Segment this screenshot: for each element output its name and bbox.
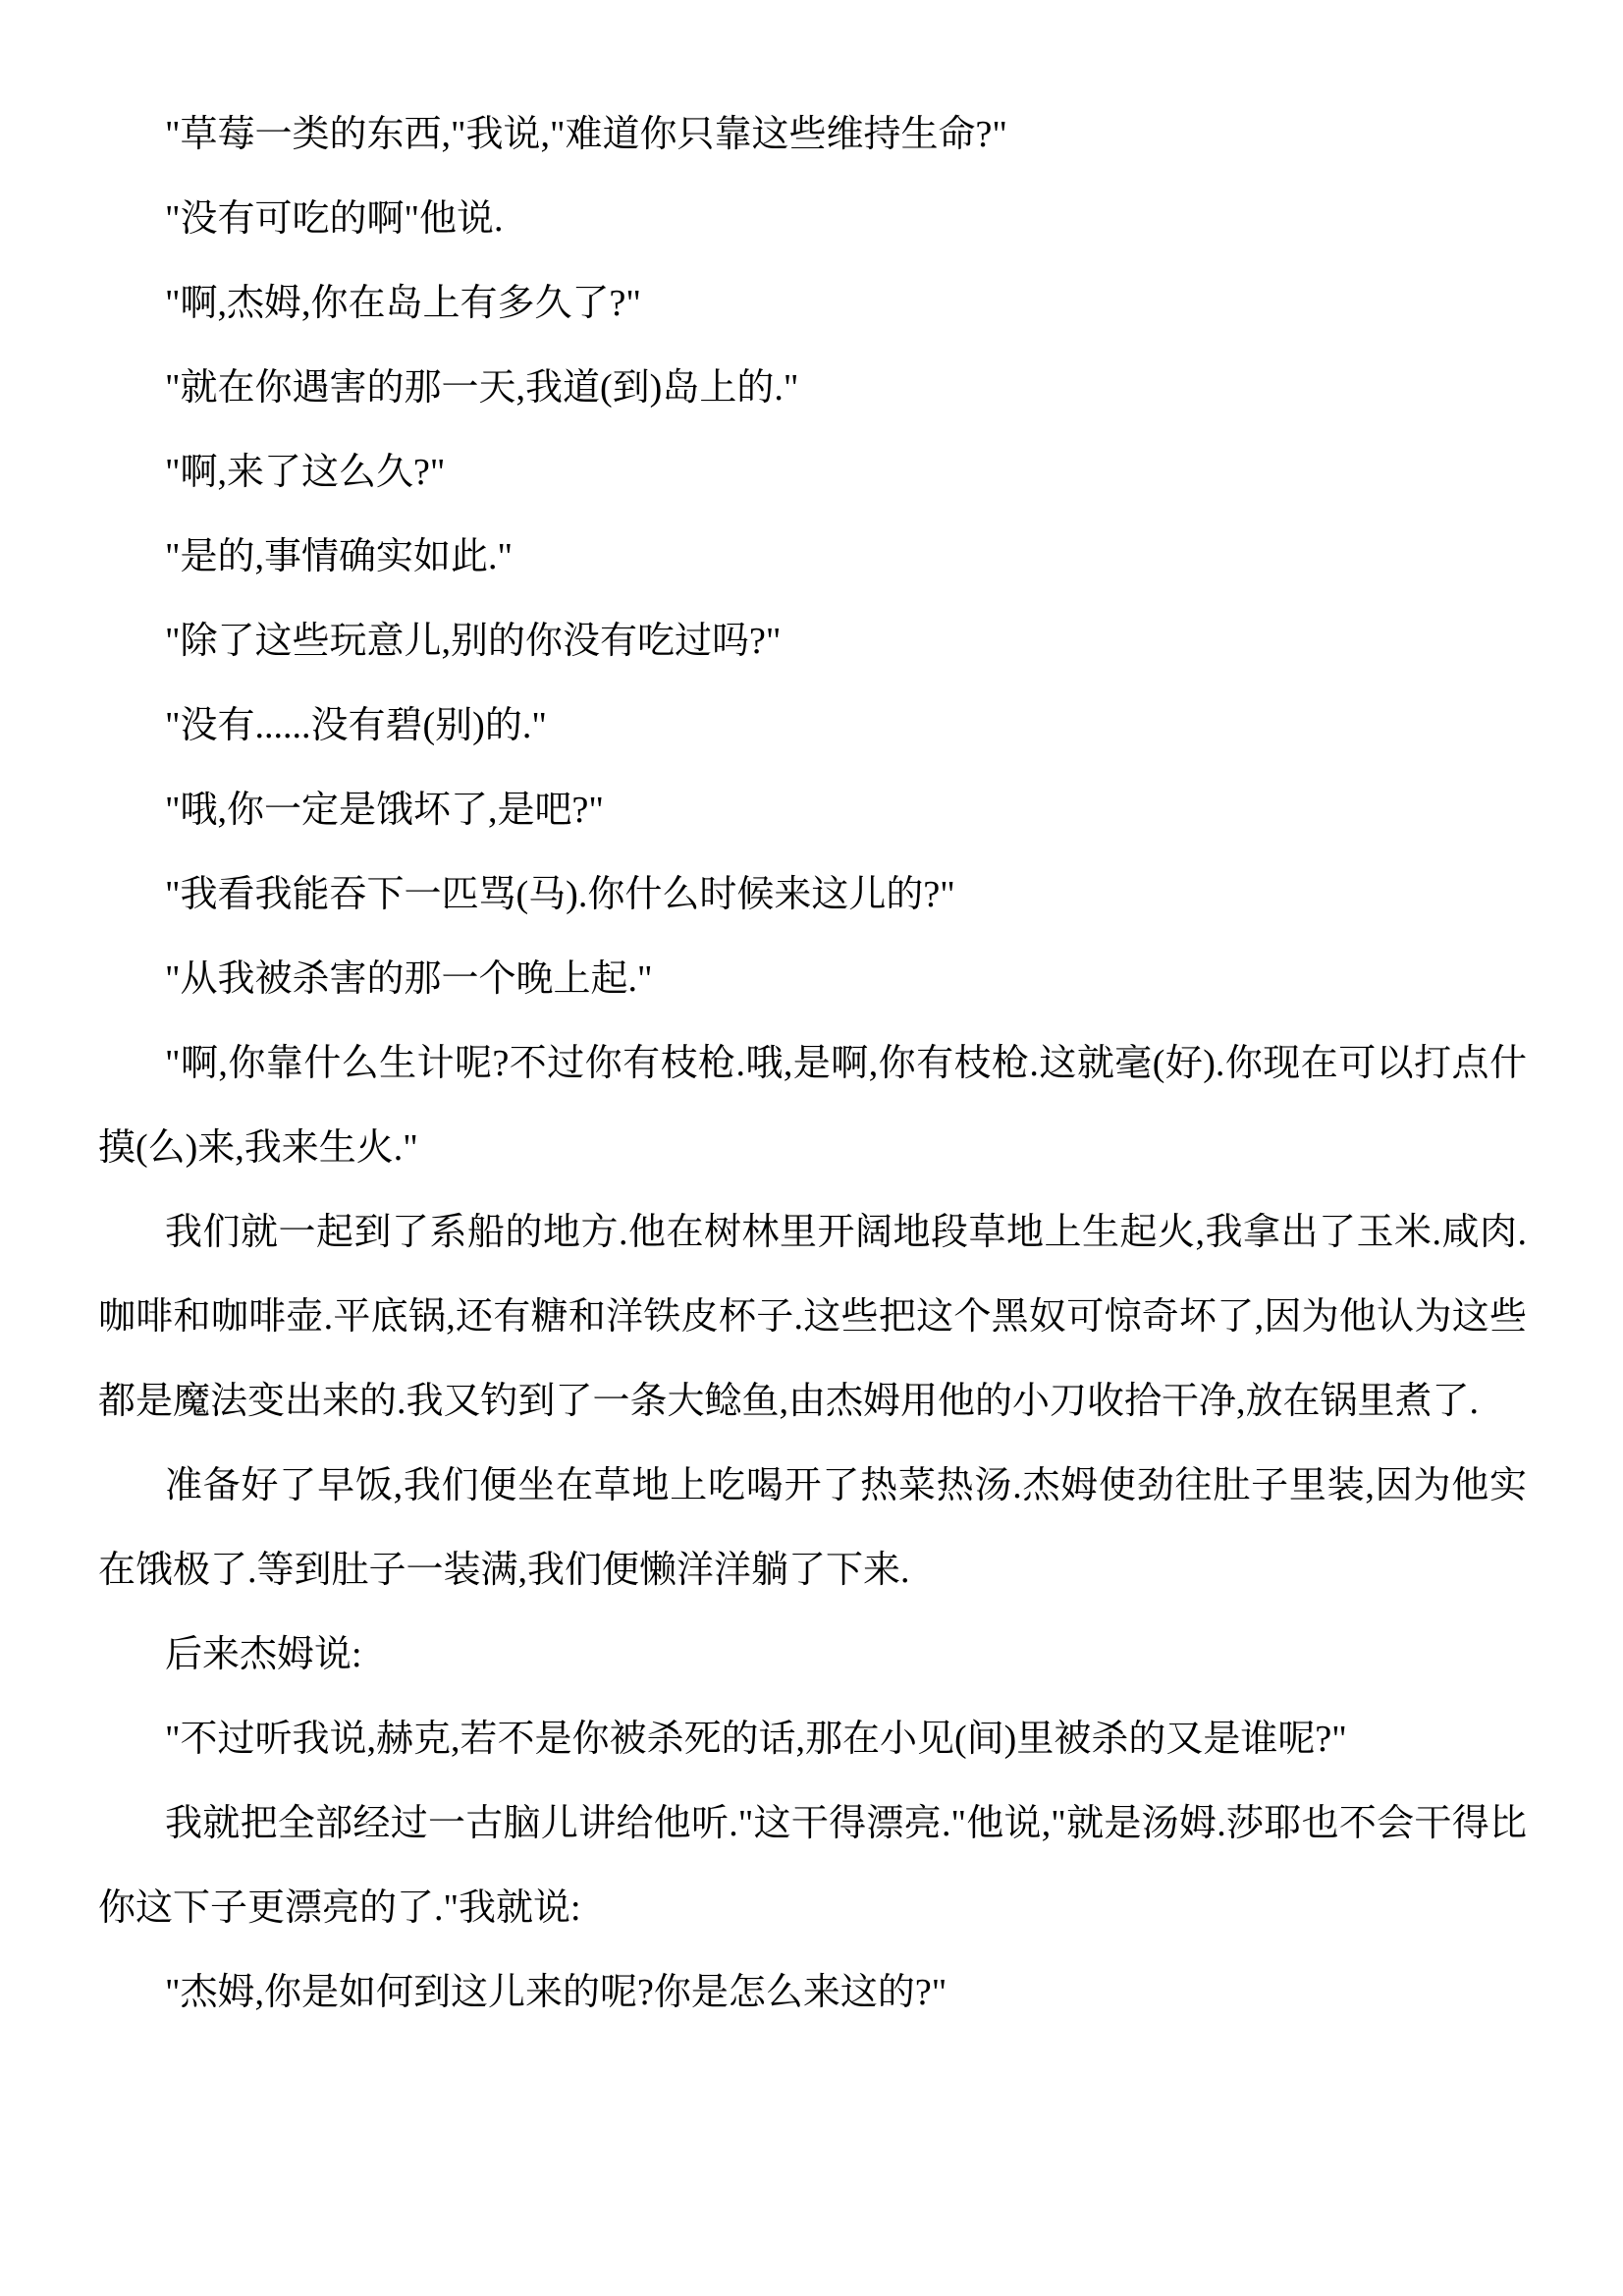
paragraph: "没有可吃的啊"他说. — [98, 177, 1527, 261]
paragraph: "没有......没有碧(别)的." — [98, 683, 1527, 768]
paragraph: "是的,事情确实如此." — [98, 515, 1527, 599]
paragraph: "我看我能吞下一匹骂(马).你什么时候来这儿的?" — [98, 852, 1527, 937]
document-page: "草莓一类的东西,"我说,"难道你只靠这些维持生命?" "没有可吃的啊"他说. … — [0, 0, 1623, 2296]
paragraph: 后来杰姆说: — [98, 1613, 1527, 1697]
paragraph: "不过听我说,赫克,若不是你被杀死的话,那在小见(间)里被杀的又是谁呢?" — [98, 1697, 1527, 1781]
paragraph: "除了这些玩意儿,别的你没有吃过吗?" — [98, 599, 1527, 683]
paragraph: "啊,来了这么久?" — [98, 430, 1527, 515]
paragraph: "哦,你一定是饿坏了,是吧?" — [98, 768, 1527, 852]
paragraph: 我们就一起到了系船的地方.他在树林里开阔地段草地上生起火,我拿出了玉米.咸肉.咖… — [98, 1190, 1527, 1444]
paragraph: "就在你遇害的那一天,我道(到)岛上的." — [98, 346, 1527, 430]
paragraph: 我就把全部经过一古脑儿讲给他听."这干得漂亮."他说,"就是汤姆.莎耶也不会干得… — [98, 1781, 1527, 1950]
paragraph: "啊,你靠什么生计呢?不过你有枝枪.哦,是啊,你有枝枪.这就毫(好).你现在可以… — [98, 1021, 1527, 1190]
paragraph: "草莓一类的东西,"我说,"难道你只靠这些维持生命?" — [98, 92, 1527, 177]
paragraph: "杰姆,你是如何到这儿来的呢?你是怎么来这的?" — [98, 1950, 1527, 2035]
paragraph: "啊,杰姆,你在岛上有多久了?" — [98, 261, 1527, 346]
paragraph: "从我被杀害的那一个晚上起." — [98, 937, 1527, 1021]
paragraph: 准备好了早饭,我们便坐在草地上吃喝开了热菜热汤.杰姆使劲往肚子里装,因为他实在饿… — [98, 1444, 1527, 1613]
